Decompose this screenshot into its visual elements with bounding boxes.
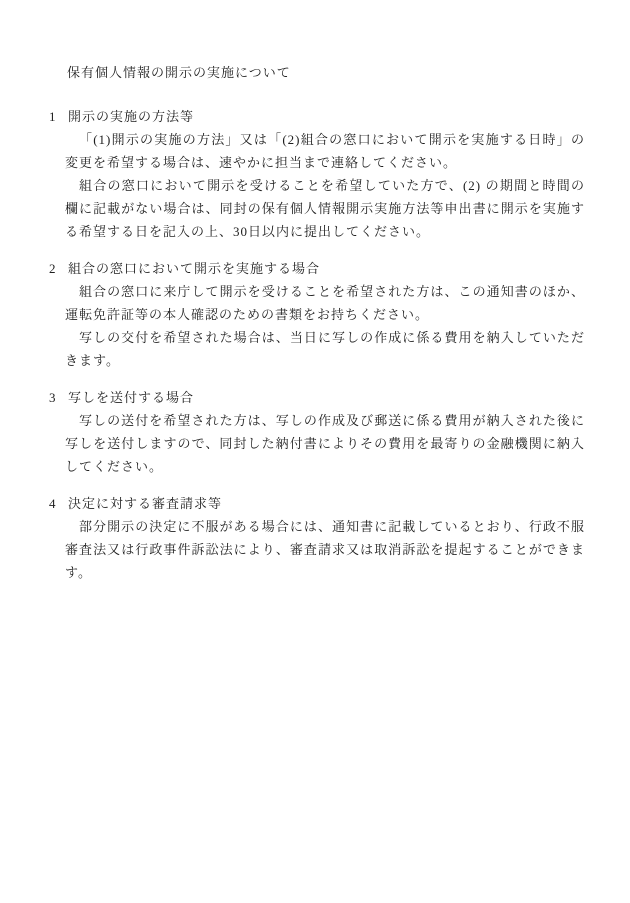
section-1-heading: 1 開示の実施の方法等 (49, 105, 585, 128)
section-heading-text: 決定に対する審査請求等 (68, 492, 222, 515)
paragraph: 「(1)開示の実施の方法」又は「(2)組合の窓口において開示を実施する日時」の変… (65, 128, 585, 174)
paragraph: 組合の窓口に来庁して開示を受けることを希望された方は、この通知書のほか、運転免許… (65, 280, 585, 326)
paragraph: 写しの送付を希望された方は、写しの作成及び郵送に係る費用が納入された後に写しを送… (65, 409, 585, 478)
section-heading-text: 写しを送付する場合 (68, 386, 194, 409)
section-heading-text: 開示の実施の方法等 (68, 105, 194, 128)
section-2: 2 組合の窓口において開示を実施する場合 組合の窓口に来庁して開示を受けることを… (49, 257, 585, 372)
section-number: 2 (49, 257, 68, 280)
paragraph: 組合の窓口において開示を受けることを希望していた方で、(2) の期間と時間の欄に… (65, 174, 585, 243)
paragraph: 写しの交付を希望された場合は、当日に写しの作成に係る費用を納入していただきます。 (65, 326, 585, 372)
document-title: 保有個人情報の開示の実施について (67, 61, 585, 84)
section-1-body: 「(1)開示の実施の方法」又は「(2)組合の窓口において開示を実施する日時」の変… (65, 128, 585, 243)
section-number: 4 (49, 492, 68, 515)
paragraph: 部分開示の決定に不服がある場合には、通知書に記載しているとおり、行政不服審査法又… (65, 515, 585, 584)
section-2-heading: 2 組合の窓口において開示を実施する場合 (49, 257, 585, 280)
section-2-body: 組合の窓口に来庁して開示を受けることを希望された方は、この通知書のほか、運転免許… (65, 280, 585, 372)
section-3: 3 写しを送付する場合 写しの送付を希望された方は、写しの作成及び郵送に係る費用… (49, 386, 585, 478)
section-4: 4 決定に対する審査請求等 部分開示の決定に不服がある場合には、通知書に記載して… (49, 492, 585, 584)
section-3-heading: 3 写しを送付する場合 (49, 386, 585, 409)
section-number: 1 (49, 105, 68, 128)
section-4-body: 部分開示の決定に不服がある場合には、通知書に記載しているとおり、行政不服審査法又… (65, 515, 585, 584)
section-4-heading: 4 決定に対する審査請求等 (49, 492, 585, 515)
section-1: 1 開示の実施の方法等 「(1)開示の実施の方法」又は「(2)組合の窓口において… (49, 105, 585, 243)
document-page: 保有個人情報の開示の実施について 1 開示の実施の方法等 「(1)開示の実施の方… (0, 0, 630, 903)
section-heading-text: 組合の窓口において開示を実施する場合 (68, 257, 320, 280)
section-number: 3 (49, 386, 68, 409)
section-3-body: 写しの送付を希望された方は、写しの作成及び郵送に係る費用が納入された後に写しを送… (65, 409, 585, 478)
